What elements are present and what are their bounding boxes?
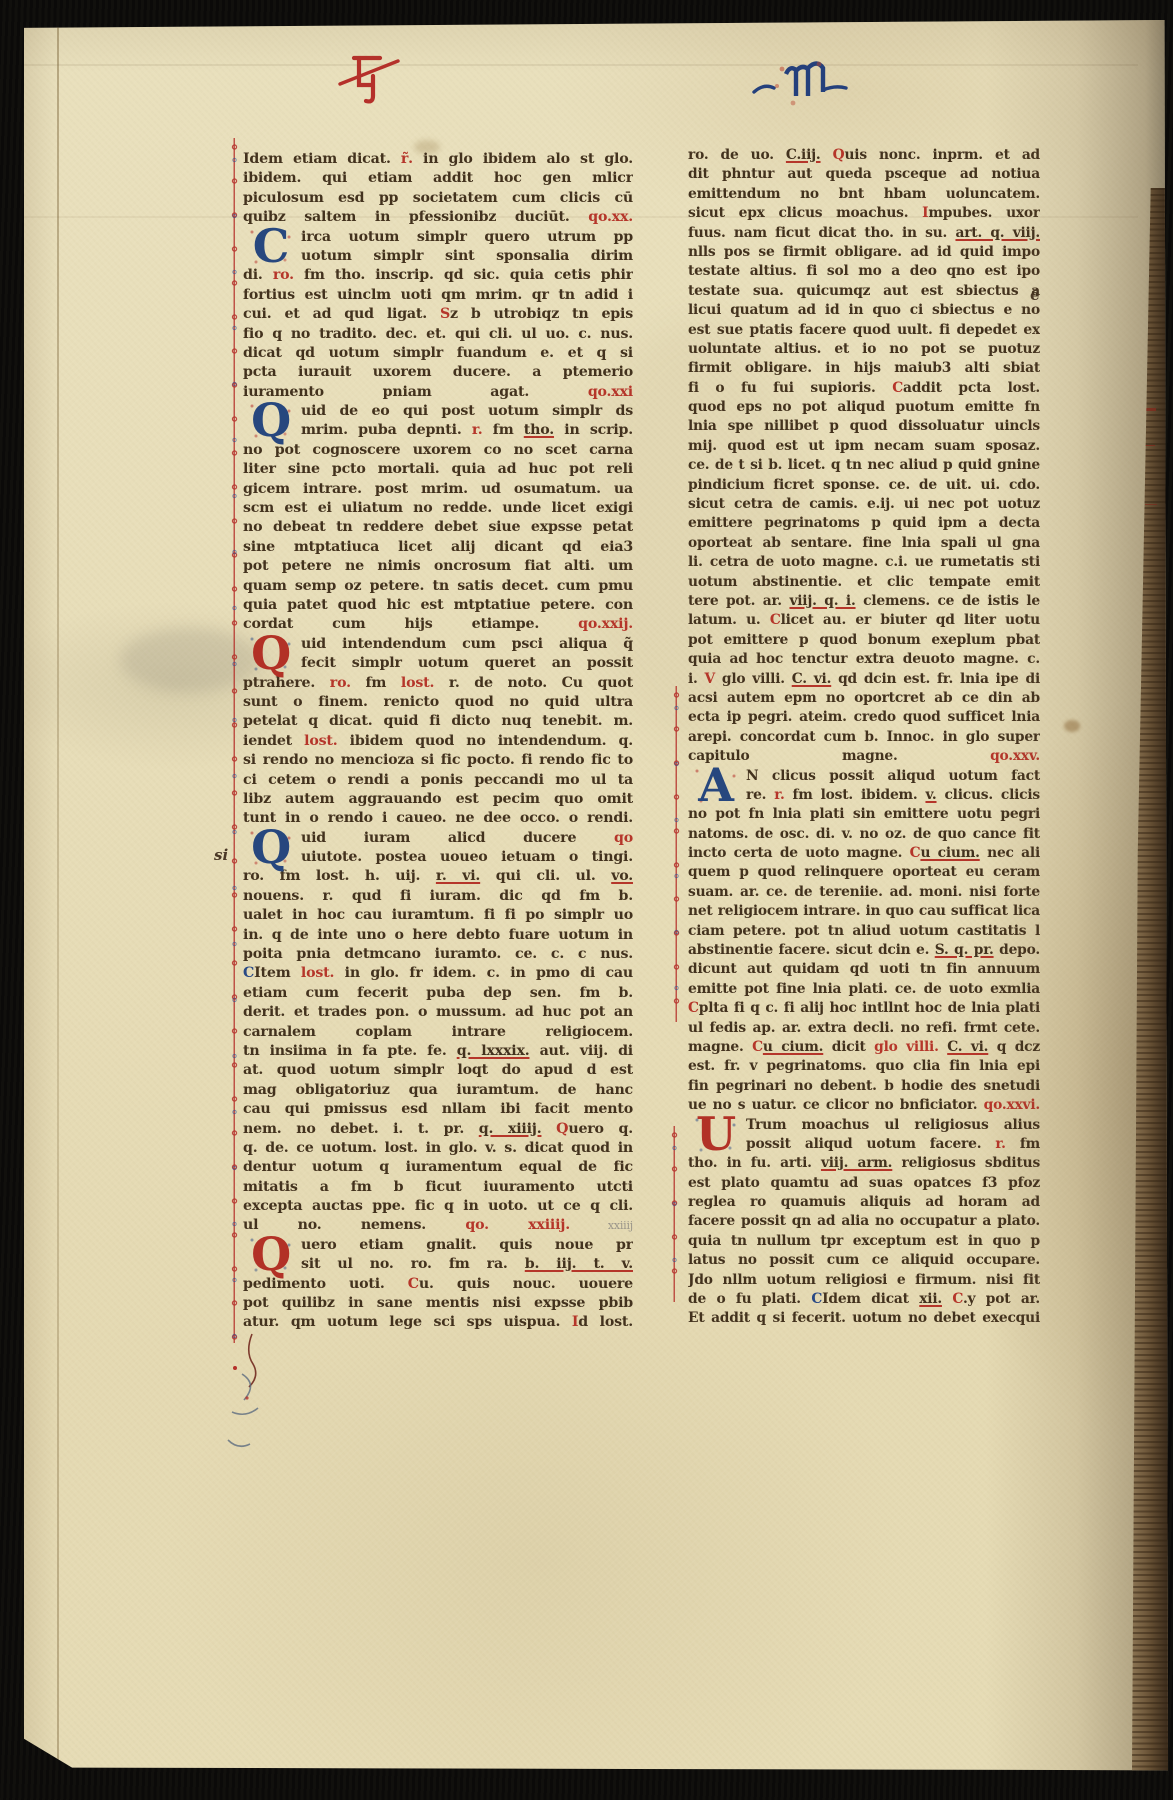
text-block: CItem lost. in glo. fr idem. c. in pmo d… [243, 964, 633, 1235]
text-line: quem p quod relinquere oporteat eu ceram [688, 863, 1040, 882]
text-line: Jdo nllm uotum religiosi e firmum. nisi … [688, 1271, 1040, 1290]
text-line: latus no possit cum ce aliquid occupare. [688, 1251, 1040, 1270]
manuscript-page: si ĕ Idem etiam dicat. r̃. in glo ibidem… [24, 20, 1168, 1772]
right-text-column: ro. de uo. C.iij. Quis nonc. inprm. et a… [688, 146, 1040, 1329]
text-line: piculosum esd pp societatem cum clicis c… [243, 189, 633, 208]
text-line: quibz saltem in pfessionibz duciūt. qo.x… [243, 208, 633, 227]
text-line: pot emittere p quod bonum exeplum pbat [688, 631, 1040, 650]
initial-a-penwork [672, 686, 681, 1022]
text-line: mag obligatoriuz qua iuramtum. de hanc [243, 1081, 633, 1100]
text-line: sicut cetra de camis. e.ij. ui nec pot u… [688, 495, 1040, 514]
text-line: Idem etiam dicat. r̃. in glo ibidem alo … [243, 150, 633, 169]
text-line: reglea ro quamuis aliquis ad horam ad [688, 1193, 1040, 1212]
drop-cap-initial: U [688, 1112, 744, 1158]
text-line: est plato quamtu ad suas opatces f3 pfoz [688, 1174, 1040, 1193]
text-line: uoluntate altius. et io no pot se puotuz [688, 340, 1040, 359]
text-line: pindicium ficret sponse. ce. de uit. ui.… [688, 476, 1040, 495]
text-line: cau qui pmissus esd nllam ibi facit ment… [243, 1100, 633, 1119]
text-line: uotum abstinentie. et clic tempate emit [688, 573, 1040, 592]
text-line: dicat qd uotum simplr fuandum e. et q si [243, 344, 633, 363]
text-line: Et addit q si fecerit. uotum no debet ex… [688, 1309, 1040, 1328]
text-line: nouens. r. qud fi iuram. dic qd fm b. [243, 887, 633, 906]
fore-edge-leaves [1132, 188, 1168, 1772]
text-line: licui quatum ad id in quo ci sbiectus e … [688, 301, 1040, 320]
text-line: sine mtptatiuca licet alij dicant qd eia… [243, 538, 633, 557]
text-line: oporteat ab sentare. fine lnia spali ul … [688, 534, 1040, 553]
text-line: petelat q dicat. quid fi dicto nuq teneb… [243, 712, 633, 731]
text-line: est sue ptatis facere quod uult. fi depe… [688, 321, 1040, 340]
text-line: mitatis a fm b ficut iuuramento utcti [243, 1178, 633, 1197]
text-line: cordat cum hijs etiampe. qo.xxij. [243, 615, 633, 634]
text-line: no debeat tn reddere debet siue expsse p… [243, 518, 633, 537]
text-line: iuramento pniam agat. qo.xxi [243, 383, 633, 402]
drop-cap-initial: Q [243, 631, 299, 677]
text-line: sit ul no. ro. fm ra. b. iij. t. v. [243, 1255, 633, 1274]
text-block: Quero etiam gnalit. quis noue prsit ul n… [243, 1236, 633, 1333]
text-line: cui. et ad qud ligat. Sz b utrobiqz tn e… [243, 305, 633, 324]
text-line: dit phntur aut queda psceque ad notiua [688, 165, 1040, 184]
text-line: no pot cognoscere uxorem co no scet carn… [243, 441, 633, 460]
text-line: i. V glo villi. C. vi. qd dcin est. fr. … [688, 670, 1040, 689]
text-line: nlls pos se firmit obligare. ad id quid … [688, 243, 1040, 262]
drop-cap-initial: Q [243, 825, 299, 871]
text-line: incto certa de uoto magne. Cu cium. nec … [688, 844, 1040, 863]
text-line: ro. fm lost. h. uij. r. vi. qui cli. ul.… [243, 867, 633, 886]
text-line: natoms. de osc. di. v. no oz. de quo can… [688, 825, 1040, 844]
text-line: fio q no tradito. dec. et. qui cli. ul u… [243, 325, 633, 344]
red-quire-signature-icon [336, 48, 402, 108]
text-block: UTrum moachus ul religiosus aliuspossit … [688, 1116, 1040, 1329]
text-line: uid intendendum cum psci aliqua q̃ [243, 635, 633, 654]
text-line: q. de. ce uotum. lost. in glo. v. s. dic… [243, 1139, 633, 1158]
stain [1064, 720, 1080, 732]
text-line: uero etiam gnalit. quis noue pr [243, 1236, 633, 1255]
text-line: pedimento uoti. Cu. quis nouc. uouere [243, 1275, 633, 1294]
text-line: emittere pegrinatoms p quid ipm a decta [688, 514, 1040, 533]
text-line: di. ro. fm tho. inscrip. qd sic. quia ce… [243, 266, 633, 285]
text-line: dentur uotum q iuramentum equal de fic [243, 1158, 633, 1177]
text-line: ul fedis ap. ar. extra decli. no refi. f… [688, 1019, 1040, 1038]
text-line: quia ad hoc tenctur extra deuoto magne. … [688, 650, 1040, 669]
text-line: derit. et trades pon. o mussum. ad huc p… [243, 1003, 633, 1022]
text-line: pcta iurauit uxorem ducere. a ptemerio [243, 363, 633, 382]
left-margin-penwork [230, 138, 239, 1343]
text-line: ibidem. qui etiam addit hoc gen mlicr [243, 169, 633, 188]
text-line: ro. de uo. C.iij. Quis nonc. inprm. et a… [688, 146, 1040, 165]
text-line: uotum simplr sint sponsalia dirim [243, 247, 633, 266]
text-line: li. cetra de uoto magne. c.i. ue rumetat… [688, 553, 1040, 572]
text-line: ciam petere. pot tn aliud uotum castitat… [688, 922, 1040, 941]
text-line: sunt o finem. renicto quod no quid ultra [243, 693, 633, 712]
initial-u-penwork [670, 1126, 679, 1302]
drop-cap-initial: Q [243, 1232, 299, 1278]
text-line: suam. ar. ce. de tereniie. ad. moni. nis… [688, 883, 1040, 902]
text-line: testate altius. fi sol mo a deo qno est … [688, 262, 1040, 281]
text-line: nem. no debet. i. t. pr. q. xiiij. Quero… [243, 1120, 633, 1139]
drop-cap-initial: Q [243, 398, 299, 444]
text-line: arepi. concordat cum b. Innoc. in glo su… [688, 728, 1040, 747]
text-line: acsi autem epm no oportcret ab ce din ab [688, 689, 1040, 708]
text-line: ecta ip pegri. ateim. credo quod suffice… [688, 708, 1040, 727]
text-line: libz autem aggrauando est pecim quo omit [243, 790, 633, 809]
text-line: irca uotum simplr quero utrum pp [243, 228, 633, 247]
bottom-flourish [220, 1332, 310, 1467]
text-line: dicunt aut quidam qd uoti tn fin annuum [688, 960, 1040, 979]
text-line: mij. quod est ut ipm necam suam sposaz. [688, 437, 1040, 456]
text-line: emittendum no bnt hbam uoluncatem. [688, 185, 1040, 204]
text-line: sicut epx clicus moachus. Impubes. uxor [688, 204, 1040, 223]
text-block: Quid de eo qui post uotum simplr dsmrim.… [243, 402, 633, 635]
text-line: abstinentie facere. sicut dcin e. S. q. … [688, 941, 1040, 960]
text-line: de o fu plati. CIdem dicat xii. C.y pot … [688, 1290, 1040, 1309]
left-text-column: Idem etiam dicat. r̃. in glo ibidem alo … [243, 150, 633, 1333]
text-line: testate sua. quicumqz aut est sbiectus a [688, 282, 1040, 301]
text-line: iendet lost. ibidem quod no intendendum.… [243, 732, 633, 751]
text-line: tn insiima in fa pte. fe. q. lxxxix. aut… [243, 1042, 633, 1061]
text-line: facere possit qn ad alia no occupatur a … [688, 1212, 1040, 1231]
text-line: tunt in o rendo i caueo. ne dee occo. o … [243, 809, 633, 828]
text-line: fuus. nam ficut dicat tho. in su. art. q… [688, 224, 1040, 243]
text-line: si rendo no mencioza si fic pocto. fi re… [243, 751, 633, 770]
text-block: Idem etiam dicat. r̃. in glo ibidem alo … [243, 150, 633, 228]
fore-edge-rubric-ticks [1142, 408, 1156, 411]
text-line: net religiocem intrare. in quo cau suffi… [688, 902, 1040, 921]
left-margin-note: si [214, 846, 228, 864]
text-line: emitte pot fine lnia plati. ce. de uoto … [688, 980, 1040, 999]
text-line: lnia spe nillibet p quod dissoluatur uin… [688, 417, 1040, 436]
text-line: excepta auctas ppe. fic q in uoto. ut ce… [243, 1197, 633, 1216]
text-line: liter sine pcto mortali. quia ad huc pot… [243, 460, 633, 479]
text-line: ualet in hoc cau iuramtum. fi fi po simp… [243, 906, 633, 925]
text-line: gicem intrare. post mrim. ud osumatum. u… [243, 480, 633, 499]
text-line: mrim. puba depnti. r. fm tho. in scrip. [243, 421, 633, 440]
text-line: etiam cum fecerit puba dep sen. fm b. [243, 984, 633, 1003]
stain [120, 628, 260, 692]
text-line: in. q de inte uno o here debto fuare uot… [243, 926, 633, 945]
text-line: uiutote. postea uoueo ietuam o tingi. [243, 848, 633, 867]
text-line: est. fr. v pegrinatoms. quo clia fin lni… [688, 1057, 1040, 1076]
text-block: Quid iuram alicd ducere qouiutote. poste… [243, 829, 633, 965]
text-line: uid iuram alicd ducere qo [243, 829, 633, 848]
text-line: fortius est uinclm uoti qm mrim. qr tn a… [243, 286, 633, 305]
text-line: ptrahere. ro. fm lost. r. de noto. Cu qu… [243, 674, 633, 693]
text-line: ul no. nemens. qo. xxiiij. xxiiij [243, 1216, 633, 1235]
text-block: Circa uotum simplr quero utrum ppuotum s… [243, 228, 633, 403]
text-line: scm est ei uliatum no redde. unde licet … [243, 499, 633, 518]
text-line: quod eps no pot aliqud puotum emitte fn [688, 398, 1040, 417]
text-line: quam semp oz petere. tn satis decet. cum… [243, 577, 633, 596]
text-line: CItem lost. in glo. fr idem. c. in pmo d… [243, 964, 633, 983]
blue-quire-signature-icon [752, 56, 848, 110]
text-line: fecit simplr uotum queret an possit [243, 654, 633, 673]
text-line: quia tn nullum tpr exceptum est in quo p [688, 1232, 1040, 1251]
text-line: Cplta fi q c. fi alij hoc intllnt hoc de… [688, 999, 1040, 1018]
text-line: carnalem coplam intrare religiocem. [243, 1023, 633, 1042]
text-line: pot quilibz in sane mentis nisi expsse p… [243, 1294, 633, 1313]
text-block: AN clicus possit aliqud uotum factre. r.… [688, 767, 1040, 1116]
text-line: poita pnia detmcano iuramto. ce. c. c nu… [243, 945, 633, 964]
text-line: magne. Cu cium. dicit glo villi. C. vi. … [688, 1038, 1040, 1057]
drop-cap-initial: C [243, 224, 299, 270]
text-line: at. quod uotum simplr loqt do apud d est [243, 1061, 633, 1080]
text-line: fi o fu fui supioris. Caddit pcta lost. [688, 379, 1040, 398]
text-line: latum. u. Clicet au. er biuter qd liter … [688, 611, 1040, 630]
text-line: ce. de t si b. licet. q tn nec aliud p q… [688, 456, 1040, 475]
text-block: Quid intendendum cum psci aliqua q̃fecit… [243, 635, 633, 829]
crease-line [24, 64, 1138, 66]
fold-line [57, 20, 59, 1772]
text-line: firmit obligare. in hijs maiub3 alti sbi… [688, 359, 1040, 378]
text-line: pot petere ne nimis oncrosum fiat alti. … [243, 557, 633, 576]
text-block: ro. de uo. C.iij. Quis nonc. inprm. et a… [688, 146, 1040, 767]
drop-cap-initial: A [688, 763, 744, 809]
text-line: tere pot. ar. viij. q. i. clemens. ce de… [688, 592, 1040, 611]
text-line: fin pegrinari no debent. b hodie des sne… [688, 1077, 1040, 1096]
text-line: quia patet quod hic est mtptatiue petere… [243, 596, 633, 615]
text-line: atur. qm uotum lege sci sps uispua. Id l… [243, 1313, 633, 1332]
text-line: uid de eo qui post uotum simplr ds [243, 402, 633, 421]
text-line: ci cetem o rendi a ponis peccandi mo ul … [243, 771, 633, 790]
